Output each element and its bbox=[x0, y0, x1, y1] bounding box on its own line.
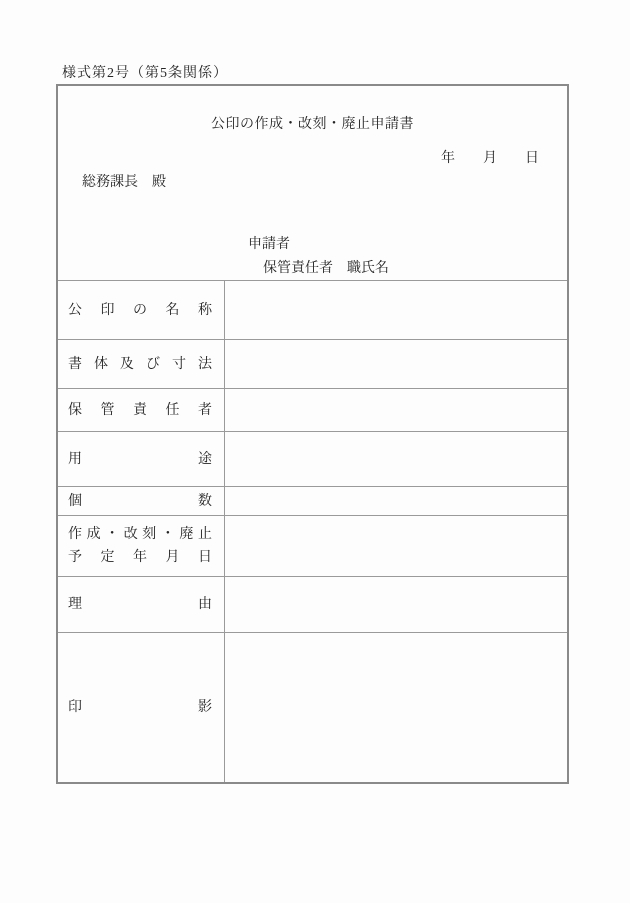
row-value-cell bbox=[224, 339, 567, 388]
date-line: 年 月 日 bbox=[441, 147, 539, 167]
form-table: 公印の名称 書体及び寸法 保管責任者 用途 bbox=[58, 280, 567, 782]
page: 様式第2号（第5条関係） 公印の作成・改刻・廃止申請書 年 月 日 総務課長 殿… bbox=[0, 0, 630, 903]
addressee-label: 総務課長 殿 bbox=[82, 171, 166, 191]
row-value-cell bbox=[224, 486, 567, 515]
applicant-label: 申請者 bbox=[248, 233, 290, 253]
row-value-cell bbox=[224, 280, 567, 339]
form-title: 公印の作成・改刻・廃止申請書 bbox=[58, 113, 567, 133]
row-label: 書体及び寸法 bbox=[58, 339, 224, 388]
form-number: 様式第2号（第5条関係） bbox=[62, 62, 228, 82]
row-value-cell bbox=[224, 576, 567, 632]
row-value-cell bbox=[224, 431, 567, 486]
row-value-cell bbox=[224, 632, 567, 782]
row-value-cell bbox=[224, 388, 567, 431]
application-form: 公印の作成・改刻・廃止申請書 年 月 日 総務課長 殿 申請者 保管責任者 職氏… bbox=[56, 84, 569, 784]
row-label: 印影 bbox=[58, 632, 224, 782]
row-label: 理由 bbox=[58, 576, 224, 632]
row-value-cell bbox=[224, 515, 567, 576]
row-label: 個数 bbox=[58, 486, 224, 515]
row-label: 公印の名称 bbox=[58, 280, 224, 339]
row-label: 用途 bbox=[58, 431, 224, 486]
custodian-name-label: 保管責任者 職氏名 bbox=[263, 257, 389, 277]
row-label: 保管責任者 bbox=[58, 388, 224, 431]
row-label: 作成・改刻・廃止 予定年月日 bbox=[58, 515, 224, 576]
